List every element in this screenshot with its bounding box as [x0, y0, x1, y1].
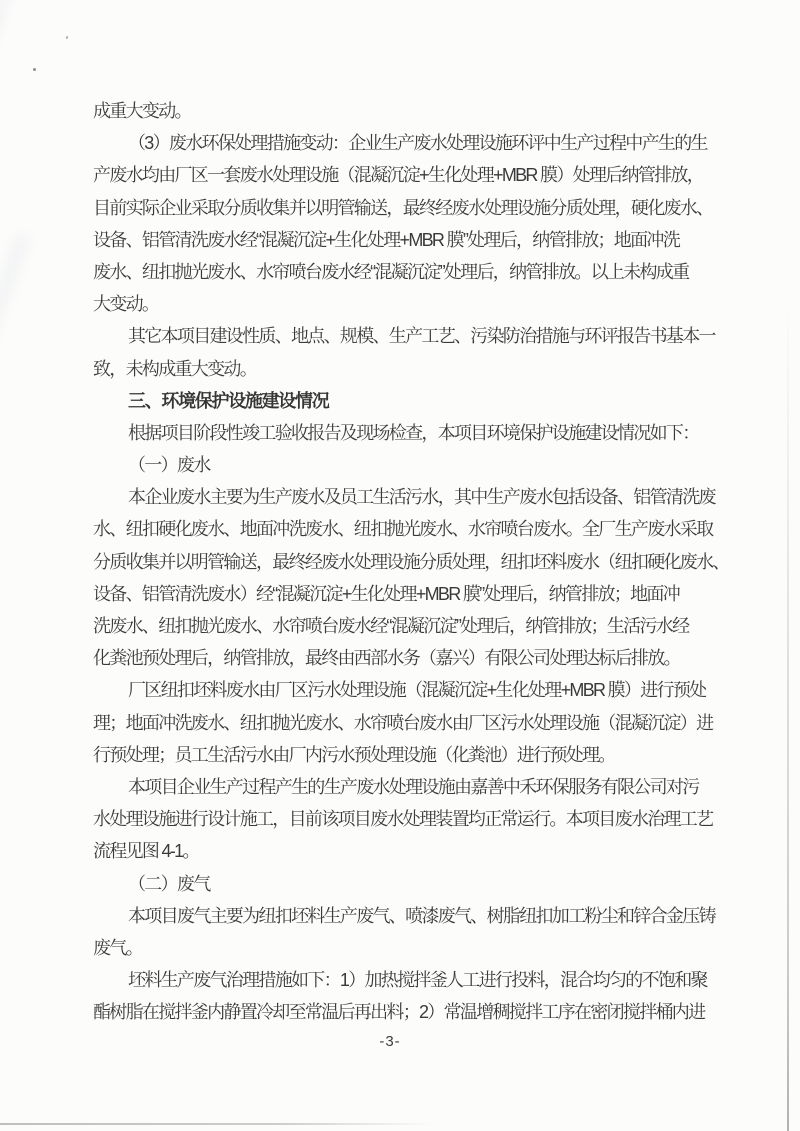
text-line: （二）废气 [93, 868, 715, 900]
text-line: （一）废水 [93, 449, 715, 481]
scan-speck [65, 36, 68, 40]
text-line: 本企业废水主要为生产废水及员工生活污水，其中生产废水包括设备、铝管清洗废 [93, 481, 715, 513]
text-line: 致，未构成重大变动。 [93, 353, 715, 385]
text-line: 水、纽扣硬化废水、地面冲洗废水、纽扣抛光废水、水帘喷台废水。全厂生产废水采取 [93, 513, 715, 545]
text-line: 设备、铝管清洗废水经“混凝沉淀+生化处理+MBR 膜”处理后，纳管排放；地面冲洗 [93, 224, 715, 256]
text-line: 本项目废气主要为纽扣坯料生产废气、喷漆废气、树脂纽扣加工粉尘和锌合金压铸 [93, 900, 715, 932]
text-line: 其它本项目建设性质、地点、规模、生产工艺、污染防治措施与环评报告书基本一 [93, 320, 715, 352]
scan-streak-artifact [0, 233, 30, 407]
document-lines: 成重大变动。（3）废水环保处理措施变动：企业生产废水处理设施环评中生产过程中产生… [93, 95, 715, 1028]
text-line: 洗废水、纽扣抛光废水、水帘喷台废水经“混凝沉淀”处理后，纳管排放；生活污水经 [93, 610, 715, 642]
text-line: 根据项目阶段性竣工验收报告及现场检查，本项目环境保护设施建设情况如下： [93, 417, 715, 449]
text-line: 成重大变动。 [93, 95, 715, 127]
text-line: 产废水均由厂区一套废水处理设施（混凝沉淀+生化处理+MBR 膜）处理后纳管排放， [93, 159, 715, 191]
text-line: 设备、铝管清洗废水）经“混凝沉淀+生化处理+MBR 膜”处理后，纳管排放；地面冲 [93, 578, 715, 610]
text-line: 废水、纽扣抛光废水、水帘喷台废水经“混凝沉淀”处理后，纳管排放。以上未构成重 [93, 256, 715, 288]
scan-streak-artifact [0, 0, 26, 208]
scan-edge-line-bottom [0, 1123, 432, 1125]
text-line: 分质收集并以明管输送，最终经废水处理设施分质处理，纽扣坯料废水（纽扣硬化废水、 [93, 546, 715, 578]
text-line: 废气。 [93, 932, 715, 964]
section-heading: 三、环境保护设施建设情况 [93, 385, 715, 417]
text-line: （3）废水环保处理措施变动：企业生产废水处理设施环评中生产过程中产生的生 [93, 127, 715, 159]
document-page: 成重大变动。（3）废水环保处理措施变动：企业生产废水处理设施环评中生产过程中产生… [0, 0, 800, 1131]
text-line: 坯料生产废气治理措施如下：1）加热搅拌釜人工进行投料，混合均匀的不饱和聚 [93, 964, 715, 996]
text-line: 理；地面冲洗废水、纽扣抛光废水、水帘喷台废水由厂区污水处理设施（混凝沉淀）进 [93, 707, 715, 739]
text-line: 厂区纽扣坯料废水由厂区污水处理设施（混凝沉淀+生化处理+MBR 膜）进行预处 [93, 674, 715, 706]
text-line: 目前实际企业采取分质收集并以明管输送，最终经废水处理设施分质处理，硬化废水、 [93, 192, 715, 224]
text-line: 本项目企业生产过程产生的生产废水处理设施由嘉善中禾环保服务有限公司对污 [93, 771, 715, 803]
scan-speck [33, 68, 36, 71]
text-line: 化粪池预处理后，纳管排放，最终由西部水务（嘉兴）有限公司处理达标后排放。 [93, 642, 715, 674]
text-line: 行预处理；员工生活污水由厂内污水预处理设施（化粪池）进行预处理。 [93, 739, 715, 771]
page-number: -3- [0, 1033, 780, 1050]
text-line: 酯树脂在搅拌釜内静置冷却至常温后再出料；2）常温增稠搅拌工序在密闭搅拌桶内进 [93, 996, 715, 1028]
text-line: 流程见图 4-1。 [93, 835, 715, 867]
text-line: 水处理设施进行设计施工，目前该项目废水处理装置均正常运行。本项目废水治理工艺 [93, 803, 715, 835]
text-line: 大变动。 [93, 288, 715, 320]
scan-edge-line-right [787, 300, 789, 1131]
